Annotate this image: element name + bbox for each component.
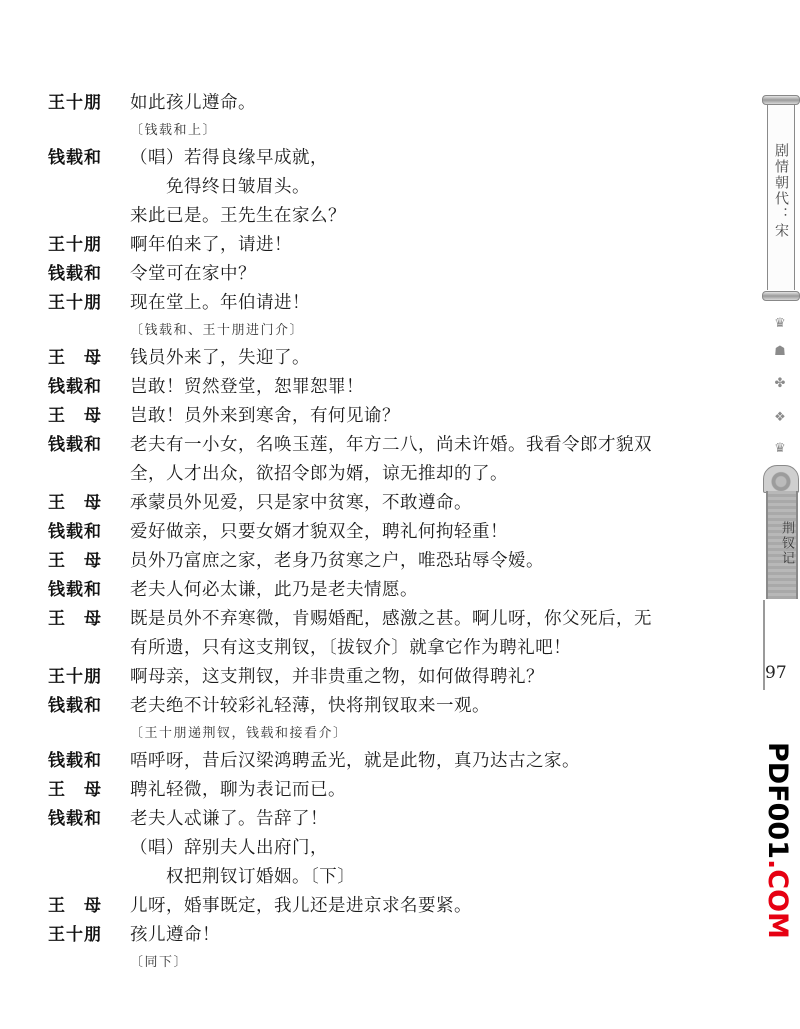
speaker-name: 王十朋 <box>48 921 130 950</box>
line-text: 聘礼轻微，聊为表记而已。 <box>130 776 738 805</box>
stage-direction-row: 〔钱载和上〕 <box>48 118 738 144</box>
dialogue-row: 王十朋啊母亲，这支荆钗，并非贵重之物，如何做得聘礼？ <box>48 663 738 692</box>
mask-ornament-icon: ❖ <box>772 411 788 425</box>
speaker-name: 钱载和 <box>48 431 130 460</box>
line-text: 钱员外来了，失迎了。 <box>130 344 738 373</box>
line-text: （唱）若得良缘早成就， <box>130 144 738 173</box>
speaker-name: 王 母 <box>48 402 130 431</box>
watermark-black: PDF001 <box>762 742 793 859</box>
speaker-name: 王十朋 <box>48 89 130 118</box>
line-text: 有所遗，只有这支荆钗，〔拔钗介〕就拿它作为聘礼吧！ <box>130 634 738 663</box>
line-text: 儿呀，婚事既定，我儿还是进京求名要紧。 <box>130 892 738 921</box>
dialogue-row: 王 母承蒙员外见爱，只是家中贫寒，不敢遵命。 <box>48 489 738 518</box>
dialogue-row: 免得终日皱眉头。 <box>48 173 738 202</box>
dialogue-row: 钱载和爱好做亲，只要女婿才貌双全，聘礼何拘轻重！ <box>48 518 738 547</box>
line-text: 承蒙员外见爱，只是家中贫寒，不敢遵命。 <box>130 489 738 518</box>
line-text: 既是员外不弃寒微，肯赐婚配，感激之甚。啊儿呀，你父死后，无 <box>130 605 738 634</box>
line-text: 免得终日皱眉头。 <box>130 173 738 202</box>
stage-direction-row: 〔王十朋递荆钗，钱载和接看介〕 <box>48 721 738 747</box>
book-page: 王十朋如此孩儿遵命。〔钱载和上〕钱载和（唱）若得良缘早成就，免得终日皱眉头。来此… <box>0 0 800 1029</box>
ruyi-cloud-icon <box>763 465 799 493</box>
line-text: 令堂可在家中？ <box>130 260 738 289</box>
stage-direction: 〔王十朋递荆钗，钱载和接看介〕 <box>130 721 738 747</box>
watermark: PDF001.COM <box>762 742 792 939</box>
dialogue-row: 钱载和老夫有一小女，名唤玉莲，年方二八，尚未许婚。我看令郎才貌双 <box>48 431 738 460</box>
dialogue-row: 钱载和（唱）若得良缘早成就， <box>48 144 738 173</box>
speaker-name: 钱载和 <box>48 576 130 605</box>
line-text: 唔呼呀，昔后汉梁鸿聘孟光，就是此物，真乃达古之家。 <box>130 747 738 776</box>
crown-ornament-icon: ♛ <box>772 442 788 456</box>
stage-direction-row: 〔同下〕 <box>48 950 738 976</box>
dialogue-row: 全，人才出众，欲招令郎为婿，谅无推却的了。 <box>48 460 738 489</box>
line-text: 全，人才出众，欲招令郎为婿，谅无推却的了。 <box>130 460 738 489</box>
side-decoration: 剧情朝代：宋 ♛ ☗ ✤ ❖ ♛ 荆钗记 <box>760 95 800 705</box>
scroll-top-cap <box>762 95 800 105</box>
book-title-tab: 荆钗记 <box>763 465 797 600</box>
stage-direction: 〔同下〕 <box>130 950 738 976</box>
line-text: 岂敢！贸然登堂，恕罪恕罪！ <box>130 373 738 402</box>
speaker-name: 钱载和 <box>48 805 130 834</box>
dialogue-row: 有所遗，只有这支荆钗，〔拔钗介〕就拿它作为聘礼吧！ <box>48 634 738 663</box>
line-text: 爱好做亲，只要女婿才貌双全，聘礼何拘轻重！ <box>130 518 738 547</box>
speaker-name: 钱载和 <box>48 692 130 721</box>
dialogue-row: 王 母聘礼轻微，聊为表记而已。 <box>48 776 738 805</box>
dialogue-row: 来此已是。王先生在家么？ <box>48 202 738 231</box>
stage-direction: 〔钱载和、王十朋进门介〕 <box>130 318 738 344</box>
speaker-name: 钱载和 <box>48 373 130 402</box>
dialogue-row: 王 母既是员外不弃寒微，肯赐婚配，感激之甚。啊儿呀，你父死后，无 <box>48 605 738 634</box>
line-text: 啊年伯来了，请进！ <box>130 231 738 260</box>
page-number: 97 <box>765 663 787 683</box>
series-title: 剧情朝代：宋 <box>768 143 794 239</box>
dialogue-row: 王 母儿呀，婚事既定，我儿还是进京求名要紧。 <box>48 892 738 921</box>
speaker-name: 王十朋 <box>48 289 130 318</box>
dialogue-row: 王十朋啊年伯来了，请进！ <box>48 231 738 260</box>
speaker-name: 王十朋 <box>48 231 130 260</box>
line-text: 权把荆钗订婚姻。〔下〕 <box>130 863 738 892</box>
scroll-bottom-cap <box>762 291 800 301</box>
speaker-name: 王 母 <box>48 344 130 373</box>
speaker-name: 钱载和 <box>48 518 130 547</box>
watermark-red: .COM <box>762 859 793 939</box>
speaker-name: 钱载和 <box>48 260 130 289</box>
line-text: 老夫绝不计较彩礼轻薄，快将荆钗取来一观。 <box>130 692 738 721</box>
line-text: 如此孩儿遵命。 <box>130 89 738 118</box>
mask-ornament-icon: ☗ <box>772 345 788 359</box>
speaker-name: 王 母 <box>48 605 130 634</box>
dialogue-row: 钱载和老夫人何必太谦，此乃是老夫情愿。 <box>48 576 738 605</box>
line-text: 啊母亲，这支荆钗，并非贵重之物，如何做得聘礼？ <box>130 663 738 692</box>
script-text: 王十朋如此孩儿遵命。〔钱载和上〕钱载和（唱）若得良缘早成就，免得终日皱眉头。来此… <box>48 89 738 976</box>
scroll-banner: 剧情朝代：宋 <box>767 105 795 290</box>
line-text: （唱）辞别夫人出府门， <box>130 834 738 863</box>
dialogue-row: 钱载和岂敢！贸然登堂，恕罪恕罪！ <box>48 373 738 402</box>
speaker-name: 王 母 <box>48 489 130 518</box>
book-title: 荆钗记 <box>768 521 796 566</box>
speaker-name: 钱载和 <box>48 144 130 173</box>
line-text: 员外乃富庶之家，老身乃贫寒之户，唯恐玷辱令嫒。 <box>130 547 738 576</box>
dialogue-row: 王 母员外乃富庶之家，老身乃贫寒之户，唯恐玷辱令嫒。 <box>48 547 738 576</box>
dialogue-row: 王十朋孩儿遵命！ <box>48 921 738 950</box>
dialogue-row: 钱载和老夫人忒谦了。告辞了！ <box>48 805 738 834</box>
dialogue-row: 钱载和唔呼呀，昔后汉梁鸿聘孟光，就是此物，真乃达古之家。 <box>48 747 738 776</box>
speaker-name: 王 母 <box>48 892 130 921</box>
stage-direction-row: 〔钱载和、王十朋进门介〕 <box>48 318 738 344</box>
speaker-name: 王十朋 <box>48 663 130 692</box>
line-text: 老夫人忒谦了。告辞了！ <box>130 805 738 834</box>
stage-direction: 〔钱载和上〕 <box>130 118 738 144</box>
dialogue-row: （唱）辞别夫人出府门， <box>48 834 738 863</box>
dialogue-row: 王 母岂敢！员外来到寒舍，有何见谕？ <box>48 402 738 431</box>
dialogue-row: 钱载和老夫绝不计较彩礼轻薄，快将荆钗取来一观。 <box>48 692 738 721</box>
dialogue-row: 钱载和令堂可在家中？ <box>48 260 738 289</box>
crown-ornament-icon: ♛ <box>772 317 788 331</box>
dialogue-row: 王十朋现在堂上。年伯请进！ <box>48 289 738 318</box>
speaker-name: 钱载和 <box>48 747 130 776</box>
speaker-name: 王 母 <box>48 547 130 576</box>
dialogue-row: 权把荆钗订婚姻。〔下〕 <box>48 863 738 892</box>
line-text: 来此已是。王先生在家么？ <box>130 202 738 231</box>
line-text: 老夫有一小女，名唤玉莲，年方二八，尚未许婚。我看令郎才貌双 <box>130 431 738 460</box>
line-text: 老夫人何必太谦，此乃是老夫情愿。 <box>130 576 738 605</box>
speaker-name: 王 母 <box>48 776 130 805</box>
dialogue-row: 王十朋如此孩儿遵命。 <box>48 89 738 118</box>
line-text: 现在堂上。年伯请进！ <box>130 289 738 318</box>
line-text: 孩儿遵命！ <box>130 921 738 950</box>
book-tab-body: 荆钗记 <box>766 491 798 599</box>
line-text: 岂敢！员外来到寒舍，有何见谕？ <box>130 402 738 431</box>
mask-ornament-icon: ✤ <box>772 377 788 391</box>
dialogue-row: 王 母钱员外来了，失迎了。 <box>48 344 738 373</box>
